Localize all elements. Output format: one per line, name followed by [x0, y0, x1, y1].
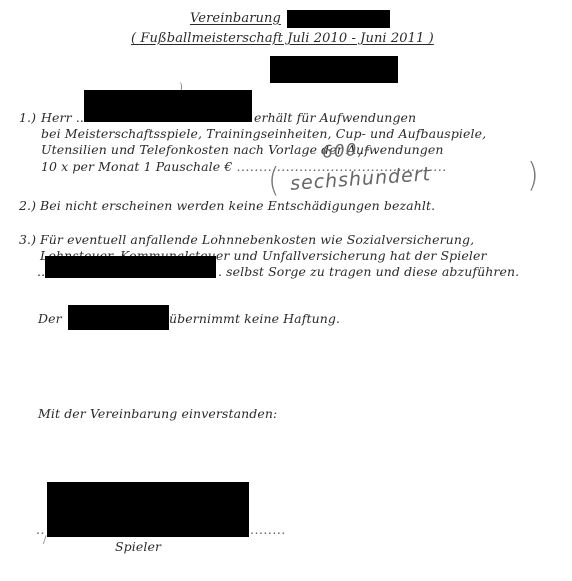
open-paren: ( [268, 161, 280, 200]
document-title: Vereinbarung [190, 11, 281, 26]
redaction-signature [47, 482, 249, 537]
section-3-line1: Für eventuell anfallende Lohnnebenkosten… [40, 232, 474, 247]
document-subtitle: ( Fußballmeisterschaft Juli 2010 - Juni … [131, 31, 434, 46]
section-3-number: 3.) [19, 232, 36, 247]
redaction-player-name [84, 90, 252, 122]
section-1-line3: Utensilien und Telefonkosten nach Vorlag… [41, 142, 444, 157]
section-1-prefix: Herr .. [41, 110, 84, 125]
redaction-title-name [287, 10, 390, 28]
section-1-line1: erhält für Aufwendungen [254, 110, 416, 125]
section-2-text: Bei nicht erscheinen werden keine Entsch… [40, 198, 435, 213]
section-3-line3: . selbst Sorge zu tragen und diese abzuf… [218, 264, 519, 279]
redaction-club-name-liability [68, 305, 169, 330]
signature-label: Spieler [115, 539, 161, 554]
close-paren: ) [527, 156, 539, 195]
redaction-player-name-section3 [45, 256, 216, 278]
pauschale-label: 10 x per Monat 1 Pauschale € [41, 159, 236, 174]
signature-trailing-dots: ........ [250, 522, 286, 537]
redaction-club-name [270, 56, 398, 83]
section-2-number: 2.) [19, 198, 36, 213]
agreement-label: Mit der Vereinbarung einverstanden: [38, 406, 277, 421]
section-1-number: 1.) [19, 110, 36, 125]
section-1-line2: bei Meisterschaftsspiele, Trainingseinhe… [41, 126, 486, 141]
handwritten-amount: 600,- [321, 139, 371, 162]
liability-prefix: Der [38, 311, 62, 326]
signature-stroke-mark: / [43, 535, 46, 546]
liability-text: übernimmt keine Haftung. [169, 311, 340, 326]
section-3-line3-prefix: .. [37, 264, 45, 279]
